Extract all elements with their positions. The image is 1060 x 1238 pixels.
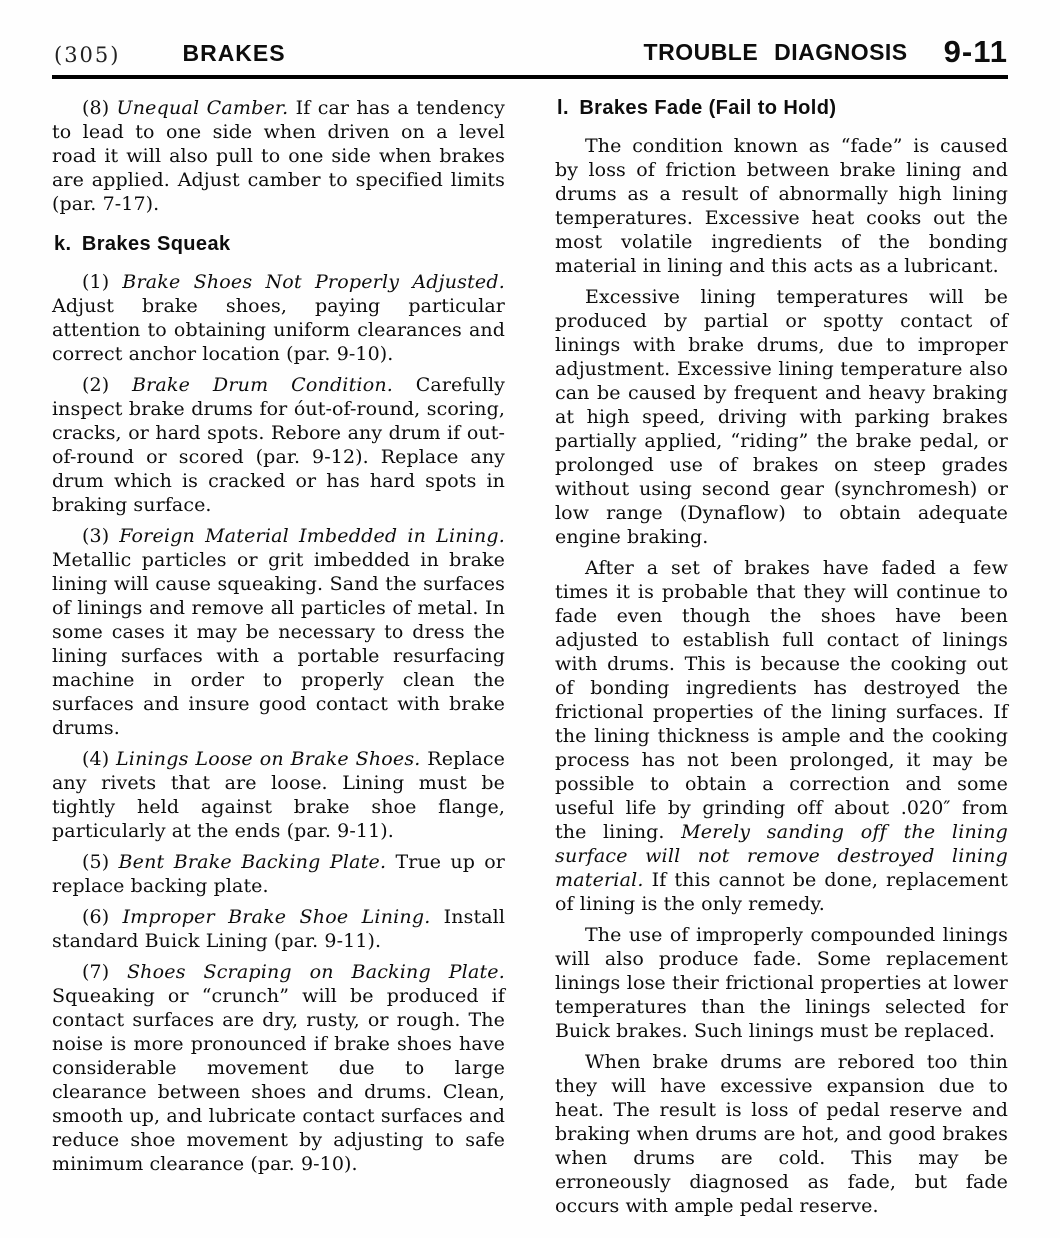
paragraph: (3) Foreign Material Imbedded in Lining.… <box>52 524 505 740</box>
text-run: The use of improperly compounded linings… <box>555 924 1008 1042</box>
two-column-body: (8) Unequal Camber. If car has a tendenc… <box>52 96 1008 1225</box>
italic-run: Shoes Scraping on Backing Plate. <box>127 961 505 983</box>
text-run: (5) <box>82 851 118 873</box>
text-run: (8) <box>82 97 117 119</box>
text-run: After a set of brakes have faded a few t… <box>555 557 1008 843</box>
text-run: (4) <box>82 748 116 770</box>
paragraph: The use of improperly compounded linings… <box>555 923 1008 1043</box>
section-title-left: BRAKES <box>182 40 285 67</box>
paragraph: The condition known as “fade” is caused … <box>555 134 1008 278</box>
manual-page: (305) BRAKES TROUBLE DIAGNOSIS 9-11 (8) … <box>0 0 1060 1238</box>
italic-run: Brake Drum Condition. <box>132 374 393 396</box>
text-run: Metallic particles or grit imbedded in b… <box>52 549 505 739</box>
subsection-heading: l. Brakes Fade (Fail to Hold) <box>557 97 1008 120</box>
text-run: When brake drums are rebored too thin th… <box>555 1051 1008 1217</box>
text-run: Adjust brake shoes, paying particular at… <box>52 295 505 365</box>
page-number: (305) <box>54 43 120 67</box>
text-run: (7) <box>82 961 127 983</box>
text-run: The condition known as “fade” is caused … <box>555 135 1008 277</box>
paragraph: After a set of brakes have faded a few t… <box>555 556 1008 916</box>
text-run: Excessive lining temperatures will be pr… <box>555 286 1008 548</box>
paragraph: (5) Bent Brake Backing Plate. True up or… <box>52 850 505 898</box>
italic-run: Brake Shoes Not Properly Adjusted. <box>122 271 505 293</box>
section-title-right: TROUBLE DIAGNOSIS <box>644 39 908 67</box>
paragraph: (1) Brake Shoes Not Properly Adjusted. A… <box>52 270 505 366</box>
subsection-heading: k. Brakes Squeak <box>54 233 505 256</box>
italic-run: Foreign Material Imbedded in Lining. <box>119 525 505 547</box>
header-rule <box>52 75 1008 79</box>
text-run: (1) <box>82 271 122 293</box>
header-right-group: TROUBLE DIAGNOSIS 9-11 <box>644 36 1008 67</box>
text-run: Squeaking or “crunch” will be produced i… <box>52 985 505 1175</box>
page-header: (305) BRAKES TROUBLE DIAGNOSIS 9-11 <box>52 36 1008 73</box>
italic-run: Improper Brake Shoe Lining. <box>122 906 430 928</box>
paragraph: (8) Unequal Camber. If car has a tendenc… <box>52 96 505 216</box>
paragraph: (4) Linings Loose on Brake Shoes. Replac… <box>52 747 505 843</box>
right-column: l. Brakes Fade (Fail to Hold)The conditi… <box>555 96 1008 1225</box>
text-run: (6) <box>82 906 122 928</box>
text-run: (3) <box>82 525 119 547</box>
italic-run: Linings Loose on Brake Shoes. <box>116 748 421 770</box>
paragraph: When brake drums are rebored too thin th… <box>555 1050 1008 1218</box>
text-run: (2) <box>82 374 132 396</box>
paragraph: (7) Shoes Scraping on Backing Plate. Squ… <box>52 960 505 1176</box>
left-column: (8) Unequal Camber. If car has a tendenc… <box>52 96 505 1225</box>
paragraph: (2) Brake Drum Condition. Carefully insp… <box>52 373 505 517</box>
italic-run: Bent Brake Backing Plate. <box>118 851 386 873</box>
paragraph: (6) Improper Brake Shoe Lining. Install … <box>52 905 505 953</box>
paragraph: Excessive lining temperatures will be pr… <box>555 285 1008 549</box>
page-code: 9-11 <box>944 36 1008 67</box>
italic-run: Unequal Camber. <box>117 97 289 119</box>
